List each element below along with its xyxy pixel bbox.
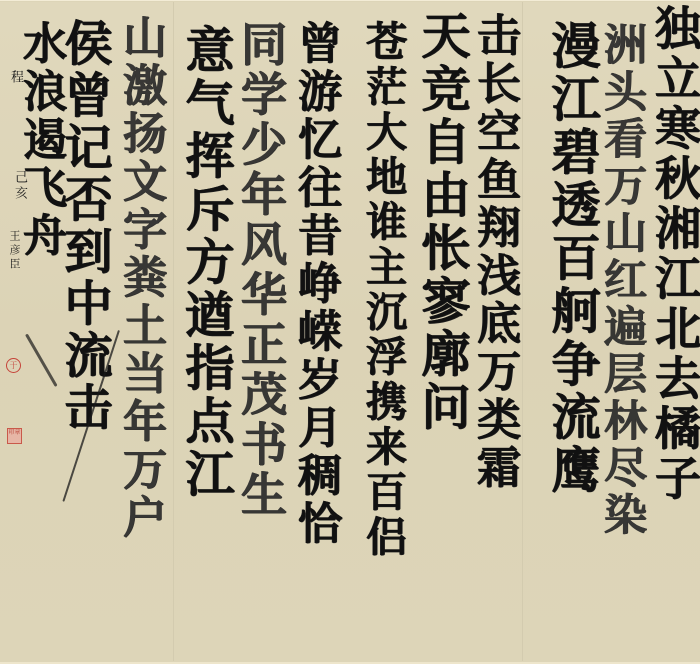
calligraphy-column-5: 天竞自由怅寥廓问 [418, 10, 467, 434]
calligraphy-column-3: 漫江碧透百舸争流鹰 [548, 20, 597, 497]
panel-seam [173, 2, 174, 661]
calligraphy-column-8: 同学少年风华正茂书生 [238, 20, 284, 520]
calligraphy-column-2: 洲头看万山红遍层林尽染 [600, 22, 643, 539]
square-seal: 印章 [7, 428, 22, 444]
calligraphy-scroll: 独立寒秋湘江北去橘子 洲头看万山红遍层林尽染 漫江碧透百舸争流鹰 击长空鱼翔浅底… [0, 0, 700, 664]
calligraphy-column-1: 独立寒秋湘江北去橘子 [652, 4, 698, 504]
calligraphy-column-9: 意气挥斥方遒指点江 [182, 24, 231, 501]
inscription-date: 己亥 [10, 170, 29, 202]
calligraphy-column-10: 山激扬文字粪土当年万户 [118, 14, 162, 542]
panel-seam [522, 2, 523, 661]
calligraphy-column-4: 击长空鱼翔浅底万类霜 [472, 12, 516, 492]
calligraphy-column-12: 水浪遏飞舟 [18, 20, 62, 260]
calligraphy-column-7: 曾游忆往昔峥嵘岁月稠恰 [293, 20, 337, 548]
calligraphy-column-6: 苍茫大地谁主沉浮携来百侣 [362, 20, 403, 560]
inscription-small-char: 程 [6, 70, 25, 86]
round-seal: 于 [6, 358, 21, 373]
inscription-signer: 王彦臣 [6, 230, 22, 272]
calligraphy-column-11: 侯曾记否到中流击 [60, 18, 108, 434]
